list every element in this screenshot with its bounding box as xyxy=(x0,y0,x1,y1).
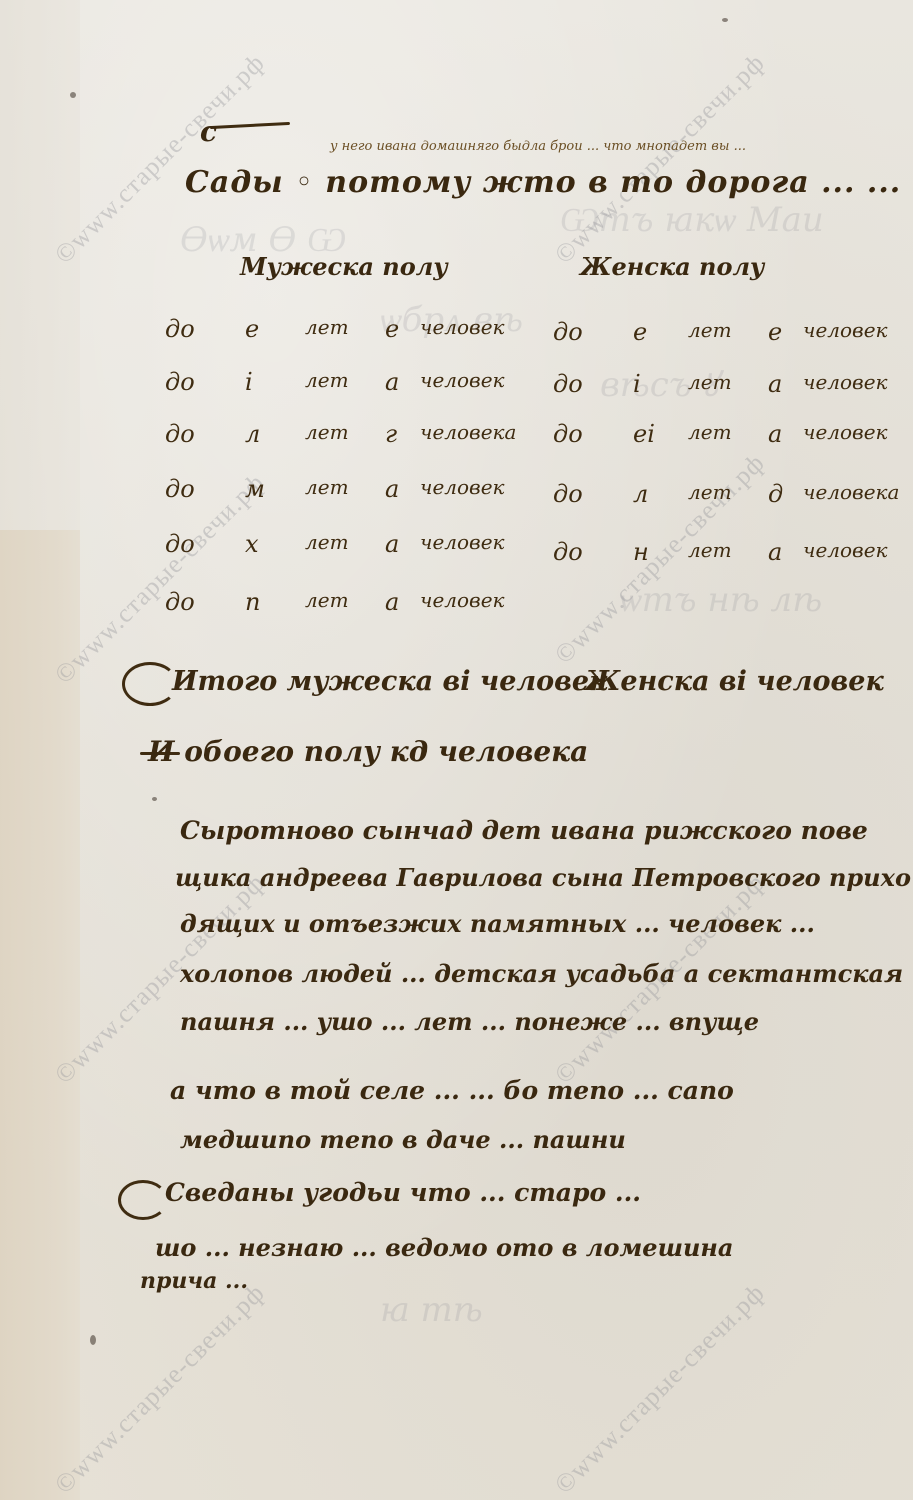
initial-flourish xyxy=(122,662,178,706)
label: человек xyxy=(420,530,504,554)
ink-spot xyxy=(152,797,157,801)
unit: лет xyxy=(688,480,732,504)
age-value: е xyxy=(245,315,259,343)
unit: лет xyxy=(305,530,349,554)
count-value: а xyxy=(768,420,782,448)
unit: лет xyxy=(688,420,732,444)
table-row: до н лет а человек xyxy=(553,538,893,578)
prefix: до xyxy=(165,475,195,503)
label: человек xyxy=(420,368,504,392)
label: человека xyxy=(803,480,899,504)
age-value: і xyxy=(245,368,253,396)
count-value: е xyxy=(768,318,782,346)
table-row: до х лет а человек xyxy=(165,530,505,570)
prefix: до xyxy=(553,480,583,508)
prefix: до xyxy=(553,420,583,448)
page-edge-strip xyxy=(0,530,80,1500)
body-line: медшипо тепо в даче ... пашни xyxy=(180,1128,626,1152)
female-table-title: Женска полу xyxy=(580,255,764,279)
table-row: до е лет е человек xyxy=(165,315,505,355)
female-total: Женска ві человек xyxy=(585,668,884,695)
ink-spot xyxy=(90,1335,96,1345)
unit: лет xyxy=(305,368,349,392)
bleed-through-text: ѡтъ нѣ лѣ xyxy=(620,580,822,620)
label: человек xyxy=(803,538,887,562)
watermark: ©www.старые-свечи.рф xyxy=(549,48,771,270)
prefix: до xyxy=(553,318,583,346)
table-row: до л лет г человека xyxy=(165,420,505,460)
body-line: щика андреева Гаврилова сына Петровского… xyxy=(175,866,911,890)
body-line: шо ... незнаю ... ведомо ото в ломешина xyxy=(155,1236,733,1260)
title-flourish xyxy=(210,122,290,129)
table-row: до л лет д человека xyxy=(553,480,893,520)
body-line: а что в той селе ... ... бо тепо ... сап… xyxy=(170,1078,734,1103)
unit: лет xyxy=(688,538,732,562)
table-row: до е лет е человек xyxy=(553,318,893,358)
male-table-title: Мужеска полу xyxy=(240,255,448,279)
label: человек xyxy=(420,588,504,612)
prefix: до xyxy=(165,368,195,396)
prefix: до xyxy=(165,530,195,558)
count-value: е xyxy=(385,315,399,343)
age-value: н xyxy=(633,538,649,566)
table-row: до м лет а человек xyxy=(165,475,505,515)
unit: лет xyxy=(305,420,349,444)
body-line: прича ... xyxy=(140,1270,248,1292)
count-value: г xyxy=(385,420,397,448)
label: человек xyxy=(803,420,887,444)
initial-flourish xyxy=(118,1180,168,1220)
label: человек xyxy=(420,475,504,499)
prefix: до xyxy=(165,420,195,448)
table-row: до і лет а человек xyxy=(553,370,893,410)
ink-spot xyxy=(722,18,728,22)
body-line: дящих и отъезжих памятных ... человек ..… xyxy=(180,912,815,936)
age-value: еі xyxy=(633,420,655,448)
count-value: а xyxy=(385,588,399,616)
age-value: і xyxy=(633,370,641,398)
ink-spot xyxy=(70,92,76,98)
count-value: а xyxy=(385,475,399,503)
prefix: до xyxy=(553,370,583,398)
body-line: пашня ... ушо ... лет ... понеже ... впу… xyxy=(180,1010,759,1034)
body-line: Сыротново сынчад дет ивана рижского пове xyxy=(180,818,868,843)
grand-total: И обоего полу кд человека xyxy=(148,738,588,766)
body-line: Сведаны угодьи что ... старо ... xyxy=(165,1180,641,1205)
heading-line: Сады ◦ потому жто в то дорога ... ... xyxy=(185,168,901,198)
interlinear-note: у него ивана домашняго быдла брои ... чт… xyxy=(330,140,746,153)
bleed-through-text: ꙗ тѣ xyxy=(380,1290,483,1330)
label: человека xyxy=(420,420,516,444)
age-value: м xyxy=(245,475,265,503)
watermark: ©www.старые-свечи.рф xyxy=(549,1278,771,1500)
bleed-through-text: Ѡтъ ꙗкѡ Маи xyxy=(560,200,824,240)
unit: лет xyxy=(688,370,732,394)
watermark: ©www.старые-свечи.рф xyxy=(49,48,271,270)
title-ornament: с xyxy=(200,118,217,146)
unit: лет xyxy=(305,475,349,499)
age-value: е xyxy=(633,318,647,346)
label: человек xyxy=(420,315,504,339)
count-value: а xyxy=(385,368,399,396)
table-row: до п лет а человек xyxy=(165,588,505,628)
label: человек xyxy=(803,318,887,342)
age-value: л xyxy=(633,480,648,508)
count-value: д xyxy=(768,480,783,508)
age-value: л xyxy=(245,420,260,448)
count-value: а xyxy=(768,370,782,398)
unit: лет xyxy=(305,315,349,339)
label: человек xyxy=(803,370,887,394)
unit: лет xyxy=(688,318,732,342)
age-value: п xyxy=(245,588,260,616)
table-row: до еі лет а человек xyxy=(553,420,893,460)
watermark: ©www.старые-свечи.рф xyxy=(49,1278,271,1500)
prefix: до xyxy=(165,588,195,616)
manuscript-page: Ѡтъ ꙗкѡ Маи Ѳѡм Ѳ Ѡ ѡбрѧ вѣ вѣсъ ꙋ ѡтъ н… xyxy=(0,0,913,1500)
prefix: до xyxy=(553,538,583,566)
unit: лет xyxy=(305,588,349,612)
page-edge-shadow xyxy=(0,0,80,530)
count-value: а xyxy=(385,530,399,558)
body-line: холопов людей ... детская усадьба а сект… xyxy=(180,962,903,986)
age-value: х xyxy=(245,530,259,558)
male-total: Итого мужеска ві человек xyxy=(172,668,607,695)
prefix: до xyxy=(165,315,195,343)
count-value: а xyxy=(768,538,782,566)
table-row: до і лет а человек xyxy=(165,368,505,408)
